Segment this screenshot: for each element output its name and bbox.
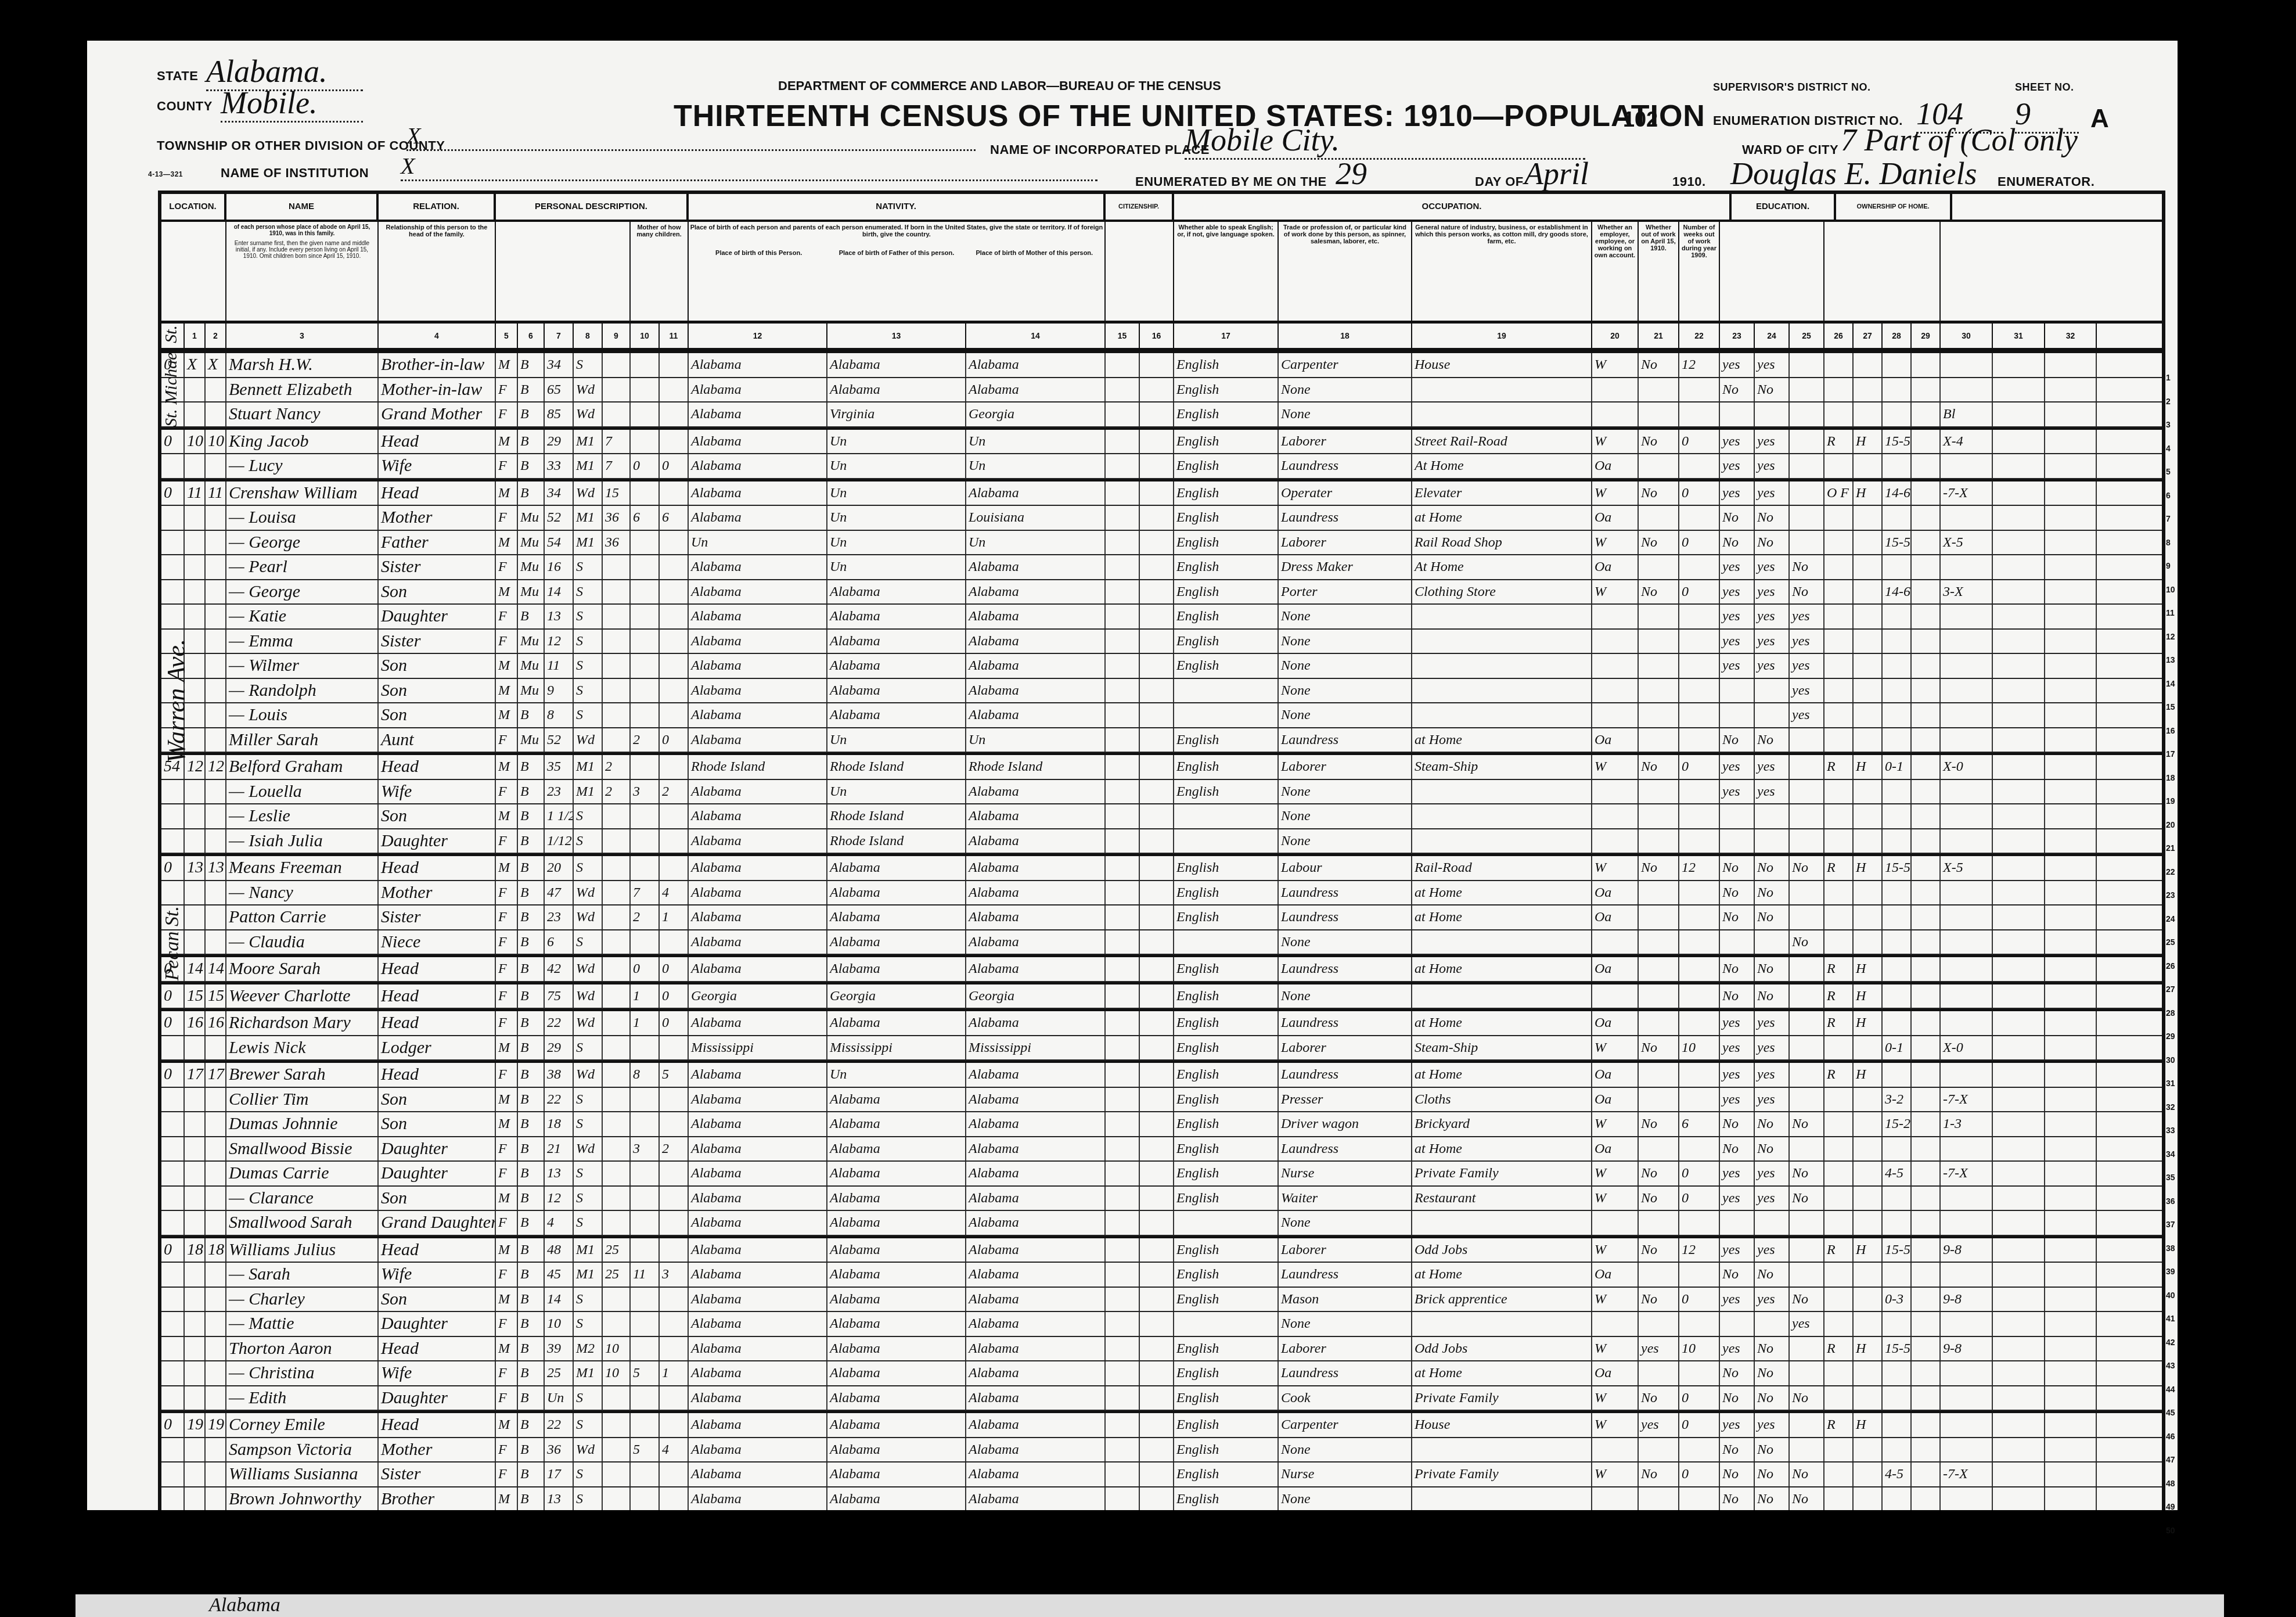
cell-write: No — [1755, 531, 1790, 555]
cell-school: No — [1790, 555, 1824, 579]
cell-out-of-work — [1639, 780, 1679, 804]
cell-employer: W — [1592, 856, 1639, 880]
cell-years-married — [603, 829, 631, 853]
cell-empty — [1140, 430, 1174, 454]
cell-living — [660, 1413, 689, 1437]
column-number: 1 — [185, 324, 206, 348]
cell-empty — [1912, 1112, 1941, 1136]
column-group-row: LOCATION. NAME RELATION. PERSONAL DESCRI… — [161, 194, 2162, 222]
cell-farm: 15-5 — [1883, 1337, 1912, 1361]
line-number: 20 — [2166, 820, 2175, 829]
cell-empty — [1912, 881, 1941, 905]
cell-name: — Louella — [226, 780, 379, 804]
cell-farm — [1883, 1187, 1912, 1210]
cell-mother-birth: Alabama — [966, 1137, 1106, 1161]
cell-schedule: 3-X — [1941, 580, 1993, 604]
cell-family — [206, 654, 226, 678]
line-number: 10 — [2166, 585, 2175, 594]
cell-trade: None — [1279, 829, 1412, 853]
cell-owned — [1824, 1137, 1854, 1161]
cell-free — [1854, 555, 1883, 579]
cell-industry — [1412, 403, 1592, 426]
line-number: 22 — [2166, 867, 2175, 876]
cell-weeks-out: 0 — [1679, 1162, 1720, 1185]
cell-out-of-work: No — [1639, 1187, 1679, 1210]
cell-read: No — [1720, 1263, 1755, 1287]
cell-relation: Sister — [379, 905, 496, 929]
cell-name: — Katie — [226, 605, 379, 628]
cell-years-married — [603, 1036, 631, 1060]
cell-employer: Oa — [1592, 957, 1639, 981]
cell-employer — [1592, 378, 1639, 402]
cell-name: Smallwood Sarah — [226, 1211, 379, 1235]
cell-empty — [1140, 1063, 1174, 1087]
cell-years-married: 15 — [603, 481, 631, 505]
cell-living — [660, 1288, 689, 1311]
cell-read — [1720, 829, 1755, 853]
cell-empty — [1993, 531, 2045, 555]
cell-birth: Alabama — [689, 1312, 827, 1336]
cell-living — [660, 804, 689, 828]
cell-schedule: X-5 — [1941, 531, 1993, 555]
cell-schedule: 1-3 — [1941, 1112, 1993, 1136]
cell-farm — [1883, 654, 1912, 678]
cell-schedule — [1941, 1211, 1993, 1235]
cell-schedule — [1941, 984, 1993, 1008]
cell-empty — [1912, 630, 1941, 653]
cell-birth: Alabama — [689, 1413, 827, 1437]
cell-relation: Head — [379, 1413, 496, 1437]
line-number: 15 — [2166, 702, 2175, 712]
cell-trade: Cook — [1279, 1386, 1412, 1410]
cell-mother-birth: Alabama — [966, 481, 1106, 505]
cell-empty — [1140, 1337, 1174, 1361]
cell-marital: S — [574, 930, 603, 954]
cell-race: B — [518, 1337, 545, 1361]
cell-street — [161, 1487, 185, 1511]
line-number: 29 — [2166, 1032, 2175, 1041]
cell-relation: Head — [379, 856, 496, 880]
cell-birth: Alabama — [689, 957, 827, 981]
cell-marital: Wd — [574, 728, 603, 752]
cell-father-birth: Virginia — [827, 403, 966, 426]
cell-living: 1 — [660, 1361, 689, 1385]
cell-race: B — [518, 353, 545, 377]
cell-marital: Wd — [574, 481, 603, 505]
cell-language: English — [1174, 1438, 1279, 1462]
cell-name: — Clarance — [226, 1187, 379, 1210]
cell-read: No — [1720, 881, 1755, 905]
cell-dwelling: 17 — [185, 1063, 206, 1087]
cell-out-of-work — [1639, 1088, 1679, 1112]
cell-father-birth: Alabama — [827, 654, 966, 678]
cell-school — [1790, 804, 1824, 828]
cell-language: English — [1174, 1088, 1279, 1112]
cell-born — [631, 829, 660, 853]
table-row: — WilmerSonMMu11SAlabamaAlabamaAlabamaEn… — [161, 654, 2162, 679]
cell-empty — [1993, 403, 2045, 426]
cell-trade: Laundress — [1279, 881, 1412, 905]
cell-school — [1790, 1211, 1824, 1235]
column-number: 21 — [1639, 324, 1679, 348]
cell-relation: Head — [379, 755, 496, 779]
cell-born: 5 — [631, 1361, 660, 1385]
group-misc — [1952, 194, 2158, 220]
cell-race: B — [518, 1137, 545, 1161]
cell-empty — [1993, 353, 2045, 377]
cell-weeks-out: 0 — [1679, 1463, 1720, 1486]
cell-owned — [1824, 804, 1854, 828]
cell-marital: S — [574, 580, 603, 604]
cell-years-married — [603, 1137, 631, 1161]
cell-empty — [1912, 1413, 1941, 1437]
cell-free — [1854, 679, 1883, 703]
table-row: Brown JohnworthyBrotherMB13SAlabamaAlaba… — [161, 1487, 2162, 1512]
cell-relation: Son — [379, 1088, 496, 1112]
cell-street — [161, 506, 185, 530]
cell-empty — [1140, 1088, 1174, 1112]
cell-empty — [1140, 1238, 1174, 1262]
cell-race: B — [518, 703, 545, 727]
cell-employer: W — [1592, 1463, 1639, 1486]
cell-mother-birth: Alabama — [966, 1337, 1106, 1361]
line-number: 33 — [2166, 1126, 2175, 1135]
group-citizenship: CITIZENSHIP. — [1106, 194, 1174, 220]
cell-employer — [1592, 654, 1639, 678]
cell-write: yes — [1755, 605, 1790, 628]
cell-empty — [1106, 957, 1140, 981]
cell-weeks-out — [1679, 1211, 1720, 1235]
cell-empty — [1993, 1361, 2045, 1385]
cell-language: English — [1174, 957, 1279, 981]
cell-empty — [1140, 1463, 1174, 1486]
cell-street — [161, 605, 185, 628]
cell-school — [1790, 454, 1824, 478]
cell-living — [660, 1386, 689, 1410]
cell-empty — [2045, 654, 2097, 678]
cell-empty — [2045, 984, 2097, 1008]
cell-empty — [1140, 531, 1174, 555]
cell-living: 2 — [660, 780, 689, 804]
cell-empty — [2045, 1238, 2097, 1262]
cell-empty — [1993, 1211, 2045, 1235]
cell-empty — [1912, 531, 1941, 555]
cell-trade: Laundress — [1279, 1263, 1412, 1287]
cell-empty — [1140, 679, 1174, 703]
cell-sex: F — [496, 881, 518, 905]
cell-empty — [1106, 531, 1140, 555]
cell-years-married: 10 — [603, 1337, 631, 1361]
cell-family: X — [206, 353, 226, 377]
cell-empty — [1140, 703, 1174, 727]
cell-family: 16 — [206, 1011, 226, 1035]
cell-school — [1790, 1088, 1824, 1112]
cell-age: 4 — [545, 1211, 574, 1235]
cell-owned: R — [1824, 856, 1854, 880]
cell-language — [1174, 829, 1279, 853]
cell-empty — [1912, 378, 1941, 402]
cell-father-birth: Alabama — [827, 1263, 966, 1287]
cell-marital: S — [574, 703, 603, 727]
cell-born — [631, 605, 660, 628]
cell-read: yes — [1720, 654, 1755, 678]
cell-trade: None — [1279, 780, 1412, 804]
column-number: 11 — [660, 324, 689, 348]
cell-trade: Carpenter — [1279, 1413, 1412, 1437]
cell-employer: W — [1592, 1337, 1639, 1361]
cell-weeks-out — [1679, 1263, 1720, 1287]
cell-write: No — [1755, 506, 1790, 530]
day-of-label: day of — [1475, 174, 1524, 189]
cell-relation: Brother — [379, 1487, 496, 1511]
cell-name: — Louisa — [226, 506, 379, 530]
cell-living: 0 — [660, 984, 689, 1008]
cell-family: 13 — [206, 856, 226, 880]
cell-father-birth: Alabama — [827, 1386, 966, 1410]
cell-street: 0 — [161, 984, 185, 1008]
cell-mother-birth: Alabama — [966, 856, 1106, 880]
cell-sex: M — [496, 856, 518, 880]
cell-relation: Aunt — [379, 728, 496, 752]
cell-schedule — [1941, 506, 1993, 530]
cell-empty — [1993, 984, 2045, 1008]
cell-marital: S — [574, 1211, 603, 1235]
cell-empty — [1140, 1187, 1174, 1210]
cell-school — [1790, 984, 1824, 1008]
line-number: 31 — [2166, 1079, 2175, 1088]
cell-language: English — [1174, 1238, 1279, 1262]
cell-street — [161, 580, 185, 604]
cell-street: 0 — [161, 1011, 185, 1035]
cell-owned: R — [1824, 1337, 1854, 1361]
cell-employer: Oa — [1592, 555, 1639, 579]
cell-marital: S — [574, 1463, 603, 1486]
cell-sex: F — [496, 1361, 518, 1385]
cell-trade: None — [1279, 1487, 1412, 1511]
cell-empty — [1912, 1288, 1941, 1311]
cell-marital: M1 — [574, 1263, 603, 1287]
cell-out-of-work: No — [1639, 580, 1679, 604]
cell-empty — [2045, 1112, 2097, 1136]
cell-trade: Laborer — [1279, 430, 1412, 454]
cell-living — [660, 1187, 689, 1210]
cell-living — [660, 630, 689, 653]
cell-empty — [1106, 856, 1140, 880]
cell-language: English — [1174, 1361, 1279, 1385]
cell-farm — [1883, 555, 1912, 579]
cell-read: yes — [1720, 1238, 1755, 1262]
cell-industry — [1412, 703, 1592, 727]
cell-sex: M — [496, 755, 518, 779]
line-number: 4 — [2166, 444, 2171, 453]
table-row: — GeorgeSonMMu14SAlabamaAlabamaAlabamaEn… — [161, 580, 2162, 605]
line-number: 28 — [2166, 1008, 2175, 1018]
cell-family: 14 — [206, 957, 226, 981]
cell-marital: S — [574, 856, 603, 880]
cell-age: 35 — [545, 755, 574, 779]
cell-birth: Alabama — [689, 1386, 827, 1410]
cell-sex: F — [496, 378, 518, 402]
cell-relation: Head — [379, 984, 496, 1008]
cell-school — [1790, 1011, 1824, 1035]
cell-trade: None — [1279, 1312, 1412, 1336]
cell-empty — [2045, 1187, 2097, 1210]
group-name: NAME — [226, 194, 379, 220]
cell-race: Mu — [518, 630, 545, 653]
cell-family — [206, 1463, 226, 1486]
cell-empty — [1993, 703, 2045, 727]
cell-trade: None — [1279, 378, 1412, 402]
cell-marital: Wd — [574, 378, 603, 402]
cell-name: — Claudia — [226, 930, 379, 954]
cell-trade: Laborer — [1279, 1337, 1412, 1361]
cell-mother-birth: Alabama — [966, 654, 1106, 678]
cell-industry: Cloths — [1412, 1088, 1592, 1112]
cell-born — [631, 755, 660, 779]
cell-relation: Sister — [379, 1463, 496, 1486]
cell-sex: M — [496, 703, 518, 727]
hdr-birth-father: Place of birth of Father of this person. — [827, 250, 965, 257]
cell-years-married — [603, 1187, 631, 1210]
cell-age: 85 — [545, 403, 574, 426]
cell-age: 12 — [545, 1187, 574, 1210]
cell-farm — [1883, 881, 1912, 905]
cell-years-married — [603, 654, 631, 678]
cell-birth: Alabama — [689, 1263, 827, 1287]
cell-relation: Daughter — [379, 1137, 496, 1161]
cell-name: Belford Graham — [226, 755, 379, 779]
cell-farm — [1883, 1413, 1912, 1437]
cell-industry: at Home — [1412, 1011, 1592, 1035]
cell-out-of-work: No — [1639, 531, 1679, 555]
cell-empty — [1912, 930, 1941, 954]
cell-write — [1755, 930, 1790, 954]
cell-relation: Head — [379, 1063, 496, 1087]
cell-birth: Alabama — [689, 1112, 827, 1136]
cell-employer — [1592, 403, 1639, 426]
cell-empty — [1106, 1288, 1140, 1311]
line-number: 19 — [2166, 796, 2175, 806]
cell-industry: at Home — [1412, 905, 1592, 929]
cell-empty — [1912, 1361, 1941, 1385]
cell-free — [1854, 905, 1883, 929]
line-number: 50 — [2166, 1526, 2175, 1535]
cell-empty — [1106, 679, 1140, 703]
cell-father-birth: Alabama — [827, 1413, 966, 1437]
line-number: 37 — [2166, 1220, 2175, 1229]
cell-mother-birth: Un — [966, 430, 1106, 454]
cell-name: — George — [226, 580, 379, 604]
cell-empty — [1106, 1463, 1140, 1486]
column-number: 28 — [1883, 324, 1912, 348]
cell-street — [161, 1187, 185, 1210]
cell-empty — [1106, 630, 1140, 653]
cell-farm — [1883, 1263, 1912, 1287]
cell-empty — [1912, 1162, 1941, 1185]
cell-relation: Son — [379, 1112, 496, 1136]
cell-employer: W — [1592, 481, 1639, 505]
cell-race: B — [518, 1011, 545, 1035]
cell-industry: Elevater — [1412, 481, 1592, 505]
cell-free: H — [1854, 984, 1883, 1008]
line-number: 2 — [2166, 397, 2171, 406]
cell-empty — [1140, 1011, 1174, 1035]
cell-out-of-work — [1639, 378, 1679, 402]
cell-empty — [1140, 829, 1174, 853]
cell-years-married: 25 — [603, 1238, 631, 1262]
cell-mother-birth: Alabama — [966, 679, 1106, 703]
cell-born: 3 — [631, 1137, 660, 1161]
cell-empty — [1140, 1137, 1174, 1161]
cell-dwelling — [185, 1088, 206, 1112]
cell-weeks-out — [1679, 654, 1720, 678]
cell-owned — [1824, 555, 1854, 579]
cell-farm — [1883, 957, 1912, 981]
column-number: 13 — [827, 324, 966, 348]
cell-dwelling — [185, 1337, 206, 1361]
cell-street — [161, 1312, 185, 1336]
cell-free — [1854, 531, 1883, 555]
cell-born: 2 — [631, 905, 660, 929]
cell-dwelling — [185, 454, 206, 478]
hdr-name: of each person whose place of abode on A… — [226, 222, 379, 321]
cell-race: Mu — [518, 679, 545, 703]
line-number: 43 — [2166, 1361, 2175, 1370]
cell-marital: M2 — [574, 1337, 603, 1361]
cell-school — [1790, 780, 1824, 804]
cell-write: No — [1755, 1438, 1790, 1462]
cell-industry — [1412, 1438, 1592, 1462]
cell-years-married — [603, 580, 631, 604]
cell-living — [660, 531, 689, 555]
page-stamp: 102 — [1623, 107, 1658, 132]
cell-marital: S — [574, 1088, 603, 1112]
cell-age: 29 — [545, 430, 574, 454]
cell-years-married — [603, 1413, 631, 1437]
cell-race: B — [518, 1413, 545, 1437]
cell-dwelling — [185, 555, 206, 579]
cell-family — [206, 1036, 226, 1060]
cell-empty — [1106, 930, 1140, 954]
cell-empty — [1106, 1238, 1140, 1262]
cell-school — [1790, 403, 1824, 426]
cell-out-of-work — [1639, 454, 1679, 478]
cell-weeks-out — [1679, 679, 1720, 703]
cell-father-birth: Alabama — [827, 1137, 966, 1161]
cell-trade: Laborer — [1279, 531, 1412, 555]
cell-out-of-work — [1639, 506, 1679, 530]
cell-empty — [2045, 1211, 2097, 1235]
cell-weeks-out: 6 — [1679, 1112, 1720, 1136]
table-row: — SarahWifeFB45M125113AlabamaAlabamaAlab… — [161, 1263, 2162, 1288]
cell-name: Patton Carrie — [226, 905, 379, 929]
cell-age: 17 — [545, 1463, 574, 1486]
cell-mother-birth: Alabama — [966, 605, 1106, 628]
cell-language — [1174, 679, 1279, 703]
cell-age: 12 — [545, 630, 574, 653]
cell-sex: F — [496, 1162, 518, 1185]
cell-dwelling: 13 — [185, 856, 206, 880]
table-row: Dumas JohnnieSonMB18SAlabamaAlabamaAlaba… — [161, 1112, 2162, 1137]
cell-write — [1755, 1211, 1790, 1235]
cell-living — [660, 430, 689, 454]
column-number: 5 — [496, 324, 518, 348]
cell-write: No — [1755, 856, 1790, 880]
cell-owned — [1824, 703, 1854, 727]
cell-empty — [1993, 430, 2045, 454]
cell-schedule: -7-X — [1941, 1088, 1993, 1112]
column-number: 19 — [1412, 324, 1592, 348]
